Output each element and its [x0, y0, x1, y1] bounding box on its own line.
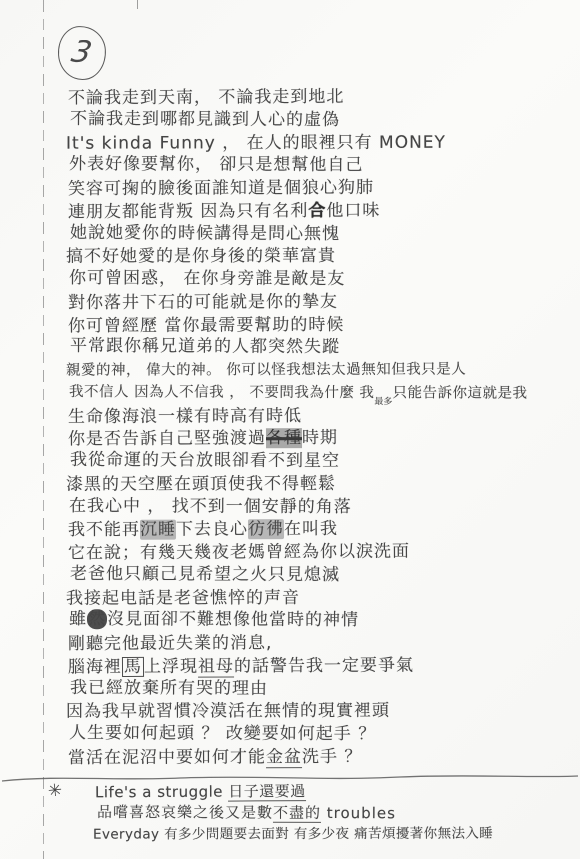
lyric-text: 我接起电話是老爸憔悴的声音 — [66, 588, 300, 609]
lyric-line: 我從命運的天台放眼卻看不到星空 — [70, 449, 576, 474]
lyric-text: 我不信人 因為人不信我 ， 不要問我為什麼 我 — [69, 384, 374, 401]
lyric-line: 剛聽完他最近失業的消息, — [68, 631, 574, 656]
paper-edge-line — [43, 0, 44, 859]
lyric-line: 搞不好她愛的是你身後的榮華富貴 — [66, 245, 572, 269]
lyric-text: 對你落井下石的可能就是你的摯友 — [68, 292, 338, 313]
lyric-text: 笑容可掬的臉後面誰知道是個狼心狗肺 — [68, 178, 374, 199]
lyric-text: 上浮現 — [144, 656, 198, 676]
smudged-text: 彷彿 — [248, 519, 284, 539]
lyric-line: 不論我走到天南， 不論我走到地北 — [68, 85, 574, 110]
lyric-text: troubles — [321, 803, 396, 821]
lyric-line: 笑容可掬的臉後面誰知道是個狼心狗肺 — [68, 176, 574, 201]
lyric-text: 時期 — [302, 428, 338, 448]
lyric-text: 不論我走到天南， 不論我走到地北 — [68, 87, 345, 108]
lyric-text: 的話警告我一定要爭氣 — [234, 655, 414, 676]
underlined-text: 不盡的 — [273, 803, 321, 822]
lyric-text: 不論我走到哪都見識到人心的虛偽 — [70, 109, 340, 130]
chorus-block: Life's a struggle 日子還要過 品嚐喜怒哀樂之後又是數不盡的 t… — [95, 781, 576, 846]
lyric-line: 我不能再沉睡下去良心彷彿在叫我 — [68, 517, 574, 542]
lyric-text: 生命像海浪一樣有時高有時低 — [68, 406, 302, 427]
lyric-text: Life's a struggle — [95, 783, 228, 802]
lyric-line: 老爸他只顧己見希望之火只見熄滅 — [70, 563, 576, 588]
chorus-asterisk-mark: ✳ — [47, 780, 63, 801]
lyric-line: 她說她愛你的時候講得是問心無愧 — [70, 221, 576, 246]
lyric-line: 平常跟你稱兄道弟的人都突然失蹤 — [70, 335, 576, 360]
lyric-text: 我已經放棄所有哭的理由 — [70, 677, 268, 698]
smudged-text: 沉睡 — [140, 520, 176, 540]
lyric-text: 雖 — [69, 609, 87, 629]
lyric-line: 當活在泥沼中要如何才能金盆洗手 ？ — [68, 745, 574, 770]
lyric-text: 你可曾困惑， 在你身旁誰是敵是友 — [69, 268, 345, 289]
chorus-line: 品嚐喜怒哀樂之後又是數不盡的 troubles — [97, 801, 578, 825]
lyric-line: 你是否告訴自己堅強渡過各種時期 — [68, 426, 574, 451]
lyric-text: 老爸他只顧己見希望之火只見熄滅 — [70, 564, 340, 585]
lyric-text: 沒見面卻不難想像他當時的神情 — [107, 610, 359, 631]
lyric-line: 雖然沒見面卻不難想像他當時的神情 — [69, 608, 575, 633]
chorus-line: Life's a struggle 日子還要過 — [95, 780, 576, 804]
lyric-text: 我從命運的天台放眼卻看不到星空 — [70, 450, 340, 471]
lyric-line: 親愛的神， 偉大的神。 你可以怪我想法太過無知但我只是人 — [66, 358, 572, 382]
page-number: 3 — [69, 38, 94, 69]
lyric-text: 剛聽完他最近失業的消息, — [68, 633, 272, 654]
lyric-text: 平常跟你稱兄道弟的人都突然失蹤 — [70, 336, 340, 357]
lyric-line: 外表好像要幫你， 卻只是想幫他自己 — [69, 153, 575, 178]
lyric-line: 在我心中 ， 找不到一個安靜的角落 — [69, 495, 575, 520]
lyric-line: 對你落井下石的可能就是你的摯友 — [68, 290, 574, 315]
lyric-line: 我不信人 因為人不信我 ， 不要問我為什麼 我最多只能告訴你這就是我 — [69, 381, 575, 406]
lyric-text: 在我心中 ， 找不到一個安靜的角落 — [69, 496, 352, 517]
lyric-text: 她說她愛你的時候講得是問心無愧 — [70, 222, 340, 243]
paper-edge-tick — [137, 0, 138, 9]
lyric-text: 我不能再 — [68, 520, 140, 540]
lyric-text: 洗手 ？ — [302, 747, 362, 767]
lyric-text: 搞不好她愛的是你身後的榮華富貴 — [66, 246, 336, 267]
lyric-text: 它在說；有幾天幾夜老媽曾經為你以淚洗面 — [68, 542, 410, 564]
lyric-text: 親愛的神， 偉大的神。 你可以怪我想法太過無知但我只是人 — [66, 362, 466, 379]
lyric-line: 人生要如何起頭 ？ 改變要如何起手 ？ — [69, 722, 575, 747]
page-number-circle: 3 — [56, 24, 108, 81]
lyric-line: 我接起电話是老爸憔悴的声音 — [66, 586, 572, 610]
underlined-text: 祖母 — [198, 656, 234, 677]
lyric-line: 漆黑的天空壓在頭頂使我不得輕鬆 — [66, 472, 572, 496]
lyric-text: 腦海裡 — [68, 657, 122, 677]
notebook-page: 3 不論我走到天南， 不論我走到地北 不論我走到哪都見識到人心的虛偽 It's … — [0, 0, 580, 859]
lyric-line: 不論我走到哪都見識到人心的虛偽 — [70, 108, 576, 133]
underlined-text: 金盆 — [266, 747, 302, 768]
chorus-line: Everyday 有多少問題要去面對 有多少夜 痛苦煩擾著你無法入睡 — [93, 823, 574, 846]
lyric-text: 當活在泥沼中要如何才能 — [68, 747, 266, 768]
lyric-line: It's kinda Funny ， 在人的眼裡只有 MONEY — [66, 131, 572, 155]
lyric-text: 在叫我 — [284, 519, 338, 539]
lyric-text: It's kinda Funny ， 在人的眼裡只有 MONEY — [66, 132, 446, 153]
scribbled-out-text: 各種 — [266, 428, 302, 448]
lyric-text: 連朋友都能背叛 因為只有名利 — [68, 201, 309, 222]
boxed-char: 馬 — [122, 657, 144, 677]
lyric-line: 腦海裡馬上浮現祖母的話警告我一定要爭氣 — [68, 653, 574, 678]
lyric-text: 只能告訴你這就是我 — [392, 385, 527, 401]
underlined-text: 日子還要過 — [228, 782, 306, 801]
lyric-text: Everyday 有多少問題要去面對 有多少夜 痛苦煩擾著你無法入睡 — [93, 826, 493, 843]
lyric-text: 他口味 — [326, 200, 380, 220]
ink-blotted-char: 然 — [87, 609, 107, 629]
lyric-line: 你可曾困惑， 在你身旁誰是敵是友 — [69, 267, 575, 292]
lyric-line: 連朋友都能背叛 因為只有名利合他口味 — [68, 198, 574, 223]
lyric-text: 漆黑的天空壓在頭頂使我不得輕鬆 — [66, 474, 336, 495]
overwritten-char: 合 — [308, 201, 326, 221]
lyric-text: 人生要如何起頭 ？ 改變要如何起手 ？ — [69, 723, 376, 744]
lyric-line: 因為我早就習慣冷漠活在無情的現實裡頭 — [66, 700, 572, 724]
lyric-line: 你可曾經歷 當你最需要幫助的時候 — [68, 312, 574, 337]
lyric-text: 你可曾經歷 當你最需要幫助的時候 — [68, 314, 345, 335]
lyric-text: 因為我早就習慣冷漠活在無情的現實裡頭 — [66, 701, 390, 722]
lyric-line: 我已經放棄所有哭的理由 — [70, 676, 576, 701]
lyric-text: 外表好像要幫你， 卻只是想幫他自己 — [69, 154, 363, 175]
lyrics-body: 不論我走到天南， 不論我走到地北 不論我走到哪都見識到人心的虛偽 It's ki… — [68, 86, 574, 769]
lyric-line: 它在說；有幾天幾夜老媽曾經為你以淚洗面 — [68, 540, 574, 565]
lyric-line: 生命像海浪一樣有時高有時低 — [68, 403, 574, 428]
lyric-text: 下去良心 — [176, 520, 248, 540]
lyric-text: 你是否告訴自己堅強渡過 — [68, 429, 266, 450]
lyric-text: 品嚐喜怒哀樂之後又是數 — [97, 802, 273, 821]
